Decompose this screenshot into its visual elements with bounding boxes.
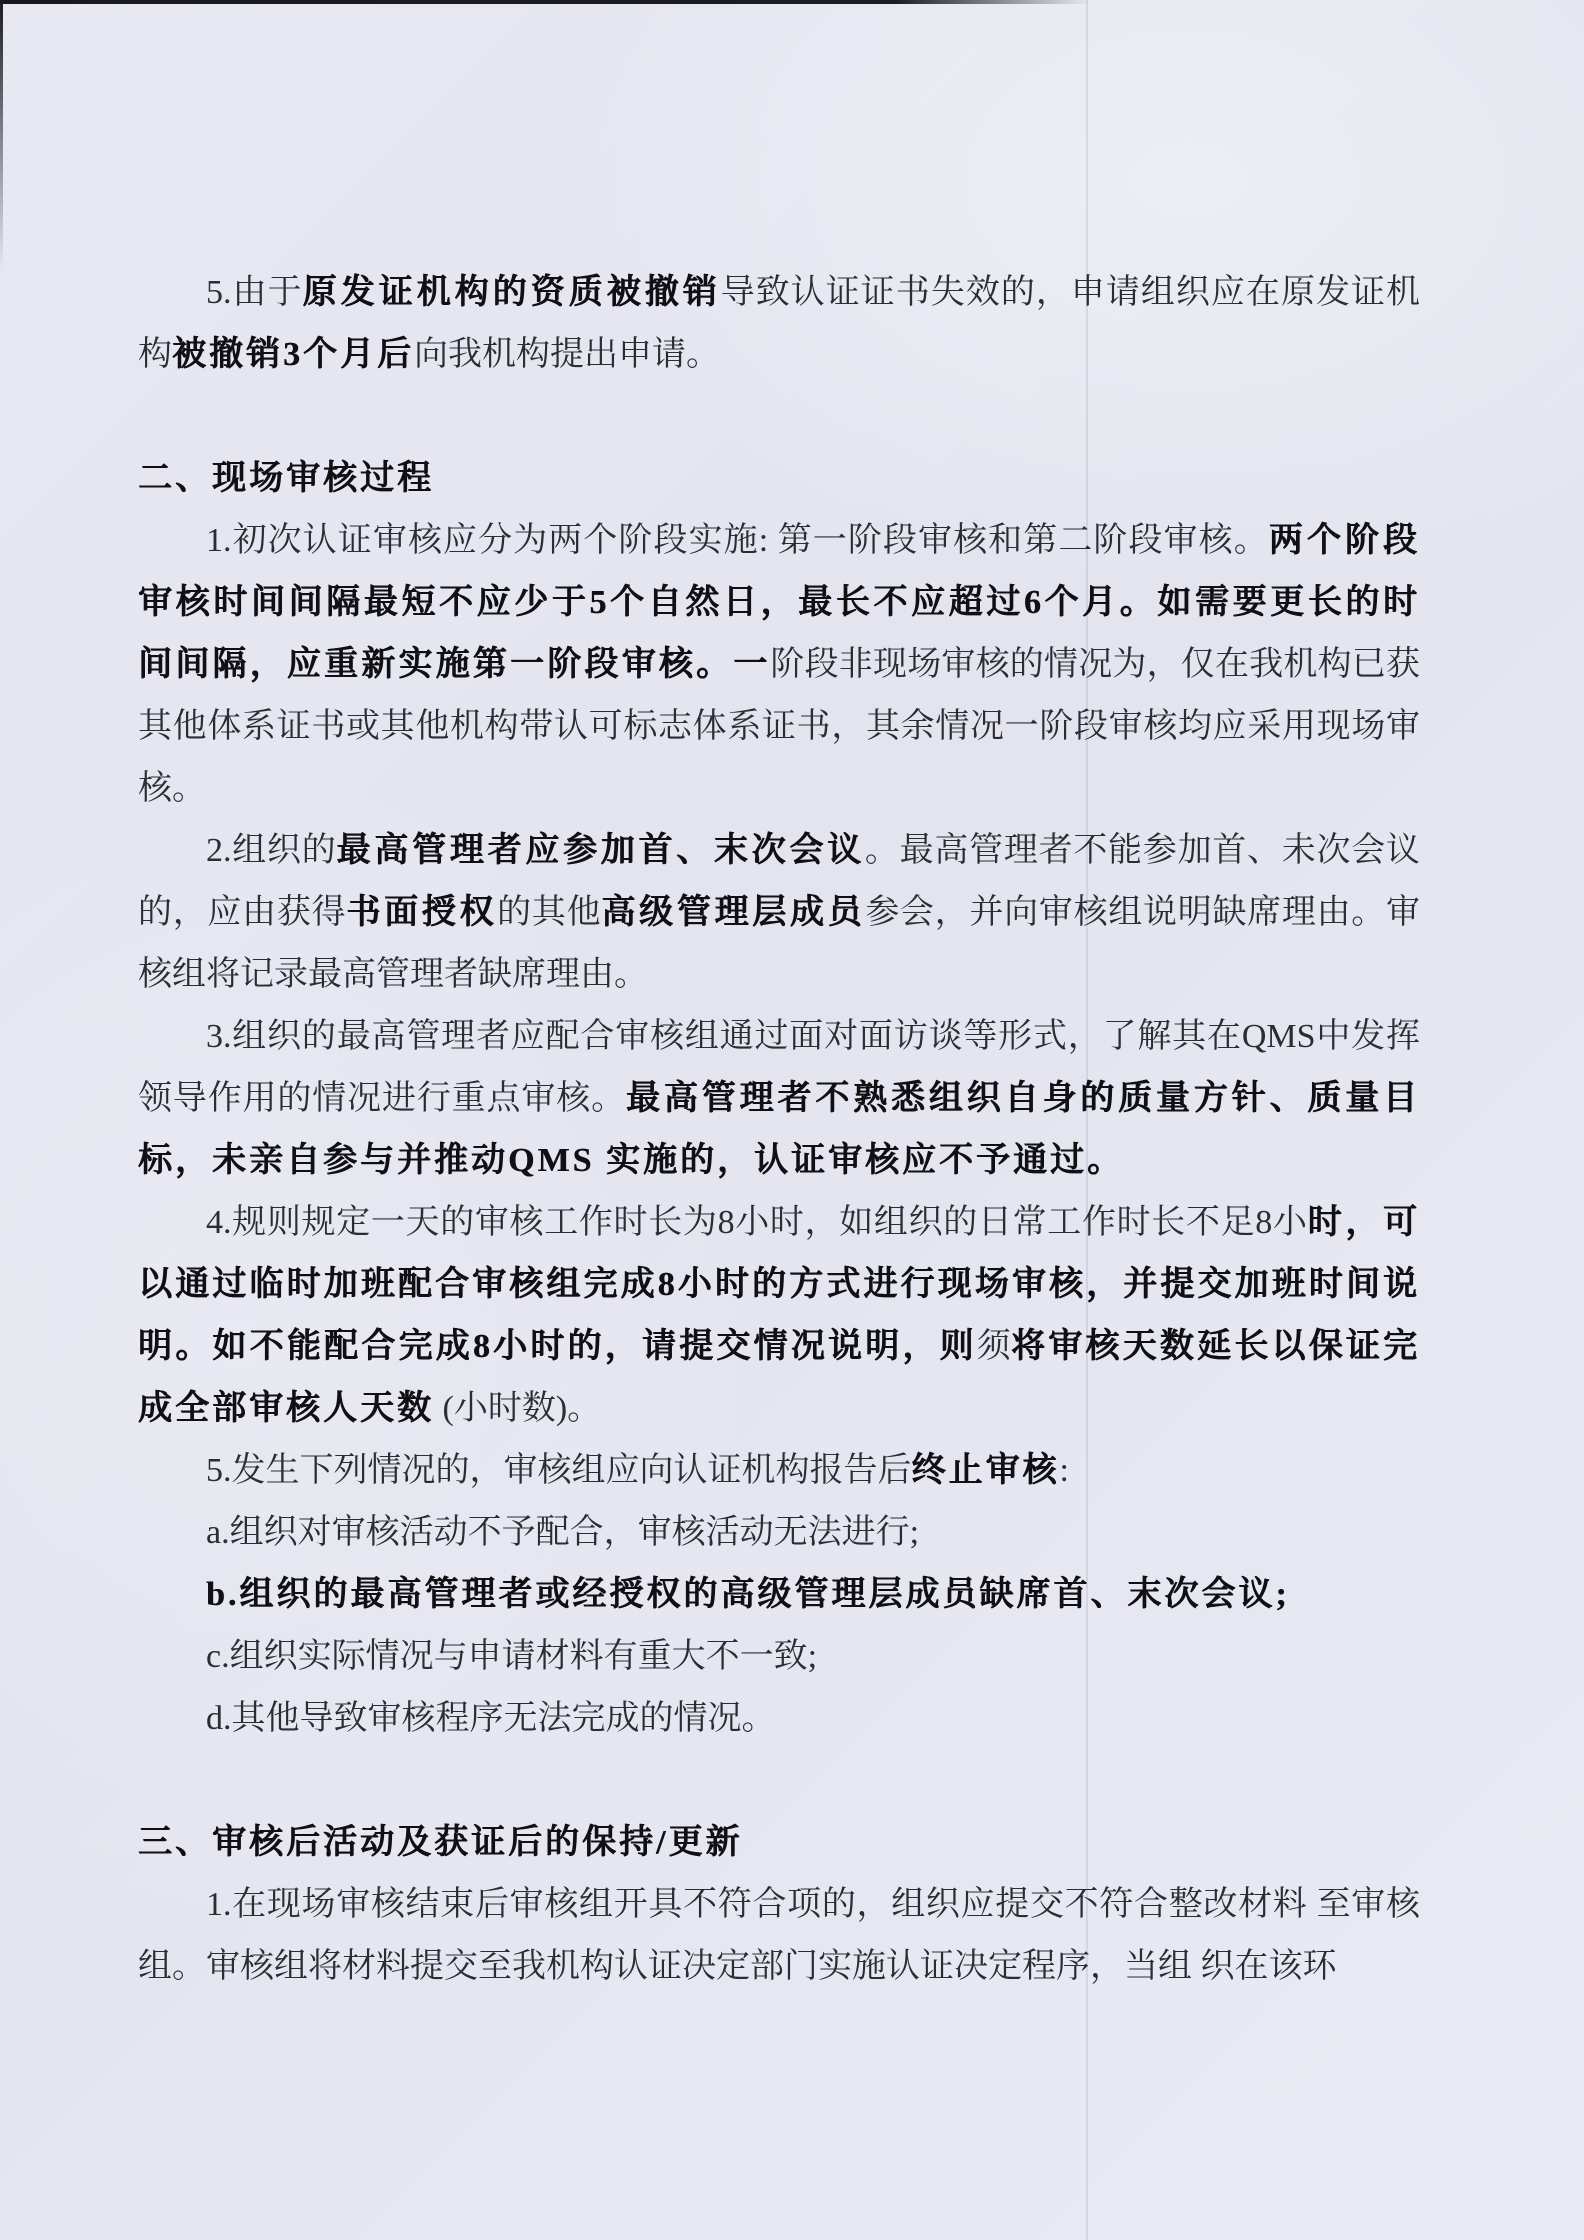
paragraph: 5.发生下列情况的，审核组应向认证机构报告后终止审核: <box>138 1440 1420 1502</box>
paragraph: c.组织实际情况与申请材料有重大不一致; <box>138 1626 1420 1688</box>
text-run: b.组织的最高管理者或经授权的高级管理层成员缺席首、末次会议; <box>206 1576 1290 1613</box>
text-run: 终止审核 <box>912 1452 1060 1489</box>
text-run: 原发证机构的资质被撤销 <box>303 274 721 311</box>
text-run: 1.在现场审核结束后审核组开具不符合项的，组织应提交不符合整改材料 至审核组。审… <box>138 1886 1420 1985</box>
text-run: d.其他导致审核程序无法完成的情况。 <box>206 1700 776 1737</box>
text-run: 最高管理者应参加首、末次会议 <box>336 832 864 869</box>
section-heading: 二、现场审核过程 <box>138 448 1420 510</box>
text-run: 2.组织的 <box>206 832 336 869</box>
scan-edge-left <box>0 0 3 270</box>
text-run: 的其他 <box>497 894 601 931</box>
text-run: 须 <box>977 1328 1011 1365</box>
paragraph: 2.组织的最高管理者应参加首、末次会议。最高管理者不能参加首、未次会议的，应由获… <box>138 820 1420 1006</box>
text-run: : <box>1060 1452 1069 1489</box>
paragraph: 4.规则规定一天的审核工作时长为8小时，如组织的日常工作时长不足8小时，可以通过… <box>138 1192 1420 1440</box>
text-run: (小时数)。 <box>434 1390 601 1427</box>
text-run: c.组织实际情况与申请材料有重大不一致; <box>206 1638 817 1675</box>
text-run: a.组织对审核活动不予配合，审核活动无法进行; <box>206 1514 919 1551</box>
text-run: 向我机构提出申请。 <box>414 336 720 373</box>
paragraph: 1.在现场审核结束后审核组开具不符合项的，组织应提交不符合整改材料 至审核组。审… <box>138 1874 1420 1998</box>
text-run: 4.规则规定一天的审核工作时长为8小时，如组织的日常工作时长不足8小 <box>206 1204 1308 1241</box>
section-heading: 三、审核后活动及获证后的保持/更新 <box>138 1812 1420 1874</box>
text-run: 5.发生下列情况的，审核组应向认证机构报告后 <box>206 1452 912 1489</box>
text-run: 1.初次认证审核应分为两个阶段实施: 第一阶段审核和第二阶段审核。 <box>206 522 1269 559</box>
paragraph: 3.组织的最高管理者应配合审核组通过面对面访谈等形式，了解其在QMS中发挥领导作… <box>138 1006 1420 1192</box>
paragraph: 5.由于原发证机构的资质被撤销导致认证证书失效的，申请组织应在原发证机构被撤销3… <box>138 262 1420 386</box>
text-run: 被撤销3个月后 <box>172 336 414 373</box>
paragraph: a.组织对审核活动不予配合，审核活动无法进行; <box>138 1502 1420 1564</box>
paragraph: 1.初次认证审核应分为两个阶段实施: 第一阶段审核和第二阶段审核。两个阶段审核时… <box>138 510 1420 820</box>
text-run: 三、审核后活动及获证后的保持/更新 <box>138 1824 742 1861</box>
text-run: 高级管理层成员 <box>601 894 865 931</box>
paragraph: b.组织的最高管理者或经授权的高级管理层成员缺席首、末次会议; <box>138 1564 1420 1626</box>
document-page: 5.由于原发证机构的资质被撤销导致认证证书失效的，申请组织应在原发证机构被撤销3… <box>0 0 1584 2240</box>
document-body: 5.由于原发证机构的资质被撤销导致认证证书失效的，申请组织应在原发证机构被撤销3… <box>138 0 1420 1998</box>
text-run: 二、现场审核过程 <box>138 460 434 497</box>
text-run: 5.由于 <box>206 274 303 311</box>
text-run: 书面授权 <box>346 894 497 931</box>
paragraph: d.其他导致审核程序无法完成的情况。 <box>138 1688 1420 1750</box>
